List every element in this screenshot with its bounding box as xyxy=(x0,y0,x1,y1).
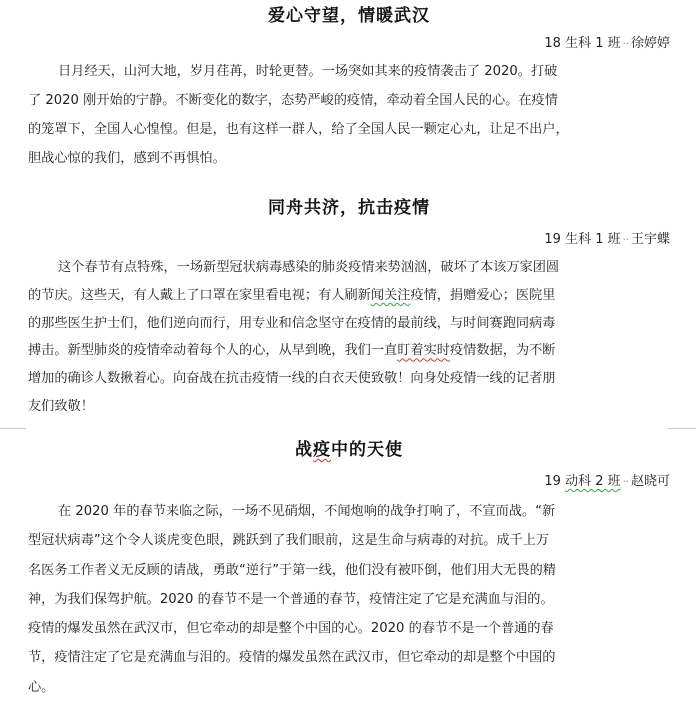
body-line: 节，疫情注定了它是充满血与泪的。疫情的爆发虽然在武汉市，但它牵动的却是整个中国的 xyxy=(28,643,670,672)
separator-dot: ·· xyxy=(623,477,629,488)
article-author: 18 生科 1 班··徐婷婷 xyxy=(28,31,670,57)
article-body[interactable]: 在 2020 年的春节来临之际，一场不见硝烟，不闻炮响的战争打响了，不宣而战。“… xyxy=(28,497,670,702)
body-line: 神，为我们保驾护航。2020 的春节不是一个普通的春节，疫情注定了它是充满血与泪… xyxy=(28,585,670,614)
author-name: 王宇蝶 xyxy=(631,232,670,247)
body-line: 型冠状病毒”这个令人谈虎变色眼，跳跃到了我们眼前，这是生命与病毒的对抗。成千上万 xyxy=(28,526,670,555)
separator-dot: ·· xyxy=(623,235,629,246)
line-segment: 疫情数据，为不断 xyxy=(450,343,556,358)
spelling-flag[interactable]: 疫 xyxy=(313,440,331,460)
article-title: 战疫中的天使 xyxy=(28,436,670,464)
article-body[interactable]: 这个春节有点特殊，一场新型冠状病毒感染的肺炎疫情来势汹汹，破坏了本该万家团圆 的… xyxy=(28,254,670,421)
article-title: 爱心守望，情暖武汉 xyxy=(28,2,670,30)
body-line: 的节庆。这些天，有人戴上了口罩在家里看电视；有人刷新闻关注疫情，捐赠爱心；医院里 xyxy=(28,282,670,310)
separator-dot: ·· xyxy=(623,39,629,50)
body-line: 在 2020 年的春节来临之际，一场不见硝烟，不闻炮响的战争打响了，不宣而战。“… xyxy=(28,497,670,526)
body-line: 心。 xyxy=(28,673,670,702)
author-name: 赵晓可 xyxy=(631,474,670,489)
body-line: 的笼罩下，全国人心惶惶。但是，也有这样一群人，给了全国人民一颗定心丸，让足不出户… xyxy=(28,115,670,144)
article-2: 同舟共济，抗击疫情 19 生科 1 班··王宇蝶 这个春节有点特殊，一场新型冠状… xyxy=(28,194,670,421)
body-line: 了 2020 刚开始的宁静。不断变化的数字，态势严峻的疫情，牵动着全国人民的心。… xyxy=(28,86,670,115)
author-class: 18 生科 1 班 xyxy=(544,36,620,51)
title-segment: 战 xyxy=(295,440,313,460)
line-segment: 疫情，捐赠爱心；医院里 xyxy=(410,288,555,303)
article-author: 19 动科 2 班··赵晓可 xyxy=(28,469,670,495)
body-line: 这个春节有点特殊，一场新型冠状病毒感染的肺炎疫情来势汹汹，破坏了本该万家团圆 xyxy=(28,254,670,282)
body-line: 疫情的爆发虽然在武汉市，但它牵动的却是整个中国的心。2020 的春节不是一个普通… xyxy=(28,614,670,643)
body-line: 搏击。新型肺炎的疫情牵动着每个人的心，从早到晚，我们一直盯着实时疫情数据，为不断 xyxy=(28,337,670,365)
page-break-marker-right xyxy=(668,428,696,429)
spelling-flag[interactable]: 盯着实时 xyxy=(397,343,450,358)
author-class: 19 生科 1 班 xyxy=(544,232,620,247)
line-segment: 的节庆。这些天，有人戴上了口罩在家里看电视；有人刷新 xyxy=(28,288,371,303)
article-title: 同舟共济，抗击疫情 xyxy=(28,194,670,222)
grammar-flag[interactable]: 闻关注 xyxy=(371,288,411,303)
body-line: 胆战心惊的我们，感到不再惧怕。 xyxy=(28,144,670,173)
body-line: 增加的确诊人数揪着心。向奋战在抗击疫情一线的白衣天使致敬！向身处疫情一线的记者朋 xyxy=(28,365,670,393)
line-segment: 搏击。新型肺炎的疫情牵动着每个人的心，从早到晚，我们一直 xyxy=(28,343,397,358)
grammar-flag[interactable]: 动科 2 班 xyxy=(565,474,621,489)
body-line: 日月经天，山河大地，岁月荏苒，时轮更替。一场突如其来的疫情袭击了 2020。打破 xyxy=(28,57,670,86)
body-line: 友们致敬！ xyxy=(28,393,670,421)
article-1: 爱心守望，情暖武汉 18 生科 1 班··徐婷婷 日月经天，山河大地，岁月荏苒，… xyxy=(28,2,670,173)
author-year: 19 xyxy=(544,474,565,489)
page-break-marker-left xyxy=(0,428,26,429)
document-page: 爱心守望，情暖武汉 18 生科 1 班··徐婷婷 日月经天，山河大地，岁月荏苒，… xyxy=(0,0,700,705)
article-3: 战疫中的天使 19 动科 2 班··赵晓可 在 2020 年的春节来临之际，一场… xyxy=(28,436,670,702)
article-body[interactable]: 日月经天，山河大地，岁月荏苒，时轮更替。一场突如其来的疫情袭击了 2020。打破… xyxy=(28,57,670,173)
body-line: 名医务工作者义无反顾的请战，勇敢“逆行”于第一线，他们没有被吓倒，他们用大无畏的… xyxy=(28,556,670,585)
author-name: 徐婷婷 xyxy=(631,36,670,51)
body-line: 的那些医生护士们，他们逆向而行，用专业和信念坚守在疫情的最前线，与时间赛跑同病毒 xyxy=(28,310,670,338)
title-segment: 中的天使 xyxy=(331,440,403,460)
article-author: 19 生科 1 班··王宇蝶 xyxy=(28,227,670,253)
